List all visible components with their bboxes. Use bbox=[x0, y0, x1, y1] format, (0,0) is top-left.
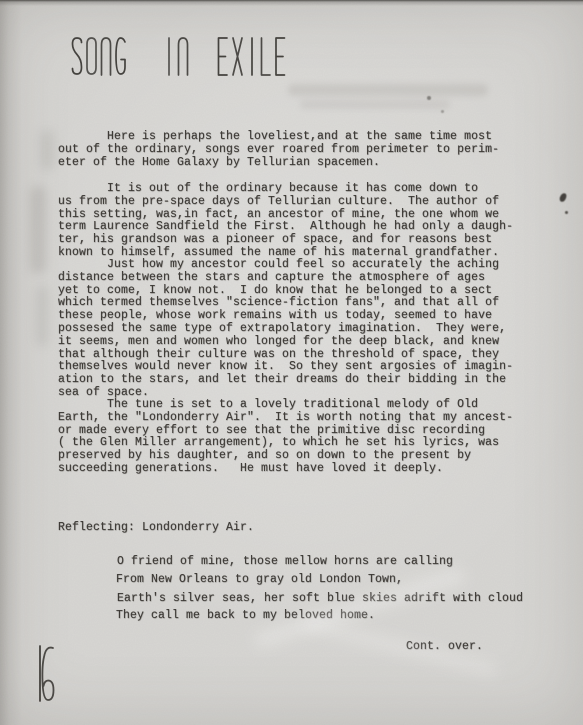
verse-line-1: O friend of mine, those mellow horns are… bbox=[117, 553, 453, 572]
verse-line-4: They call me back to my beloved home. bbox=[116, 607, 375, 626]
continuation-note: Cont. over. bbox=[406, 641, 483, 654]
verse-line-2: From New Orleans to gray old London Town… bbox=[116, 571, 403, 590]
reflecting-line: Reflecting: Londonderry Air. bbox=[58, 522, 254, 535]
paragraph-1: Here is perhaps the loveliest,and at the… bbox=[58, 131, 499, 169]
verse-line-3: Earth's silver seas, her soft blue skies… bbox=[117, 590, 523, 609]
paragraph-2: It is out of the ordinary because it has… bbox=[58, 183, 513, 260]
paragraph-4: The tune is set to a lovely traditional … bbox=[58, 399, 513, 476]
page-title bbox=[71, 36, 289, 78]
scanned-document-page: Here is perhaps the loveliest,and at the… bbox=[0, 0, 583, 725]
page-number bbox=[33, 644, 59, 704]
paragraph-3: Just how my ancestor could feel so accur… bbox=[58, 259, 513, 400]
